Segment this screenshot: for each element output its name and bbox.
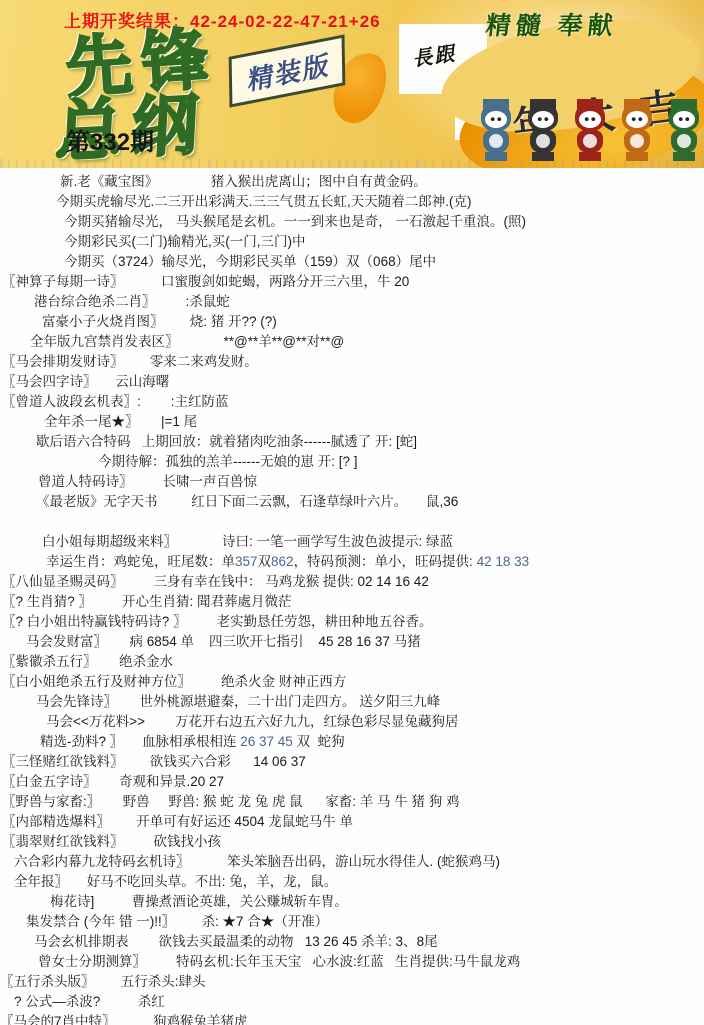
text-line: 〖? 生肖猜? 〗 开心生肖猜: 聞君葬處月微茫 — [0, 592, 704, 612]
line-segment: 〖神算子每期一诗〗 口蜜腹剑如蛇蝎，两路分开三六里，牛 20 — [2, 274, 409, 289]
fuwa-green-mascot-part — [673, 152, 695, 161]
line-segment: 今期彩民买(二门)输精光,买(一门,三门)中 — [64, 234, 305, 249]
line-segment: 马会玄机排期表 欲钱去买最温柔的动物 13 26 45 杀羊: 3、8尾 — [34, 934, 438, 949]
header-banner: 上期开奖结果：42-24-02-22-47-21+26 先锋 总纲 精装版 長跟… — [0, 0, 704, 168]
text-line: 歇后语六合特码 上期回放：就着猪肉吃油条------腻透了 开: [蛇] — [0, 432, 704, 452]
highlight-number: 42 18 33 — [477, 554, 530, 569]
fuwa-green-mascot — [666, 103, 702, 161]
text-line: 〖野兽与家畜:〗 野兽 野兽: 猴 蛇 龙 兔 虎 鼠 家畜: 羊 马 牛 猪 … — [0, 792, 704, 812]
text-line: 幸运生肖：鸡蛇兔，旺尾数：单357双862，特码预测：单小，旺码提供: 42 1… — [0, 552, 704, 572]
fuwa-panda-mascot-part — [532, 152, 554, 161]
fuwa-orange-mascot-part — [624, 130, 650, 153]
text-line: 今期买（3724）输尽光，今期彩民买单（159）双（068）尾中 — [0, 252, 704, 272]
line-segment: 〖曾道人波段玄机表〗: :主红防蓝 — [2, 394, 229, 409]
line-segment: 梅花诗] 曹操煮酒论英雄，关公赚城斩车胄。 — [50, 894, 348, 909]
text-line: 曾道人特码诗〗 长啸一声百兽惊 — [0, 472, 704, 492]
issue-number: 第332期 — [66, 122, 154, 157]
text-line: 马会玄机排期表 欲钱去买最温柔的动物 13 26 45 杀羊: 3、8尾 — [0, 932, 704, 952]
line-segment: 〖? 白小姐出特赢钱特码诗? 〗 老实勤恳任劳怨，耕田种地五谷香。 — [2, 614, 433, 629]
fuwa-orange-mascot-part — [626, 152, 648, 161]
text-line: 〖五行杀头版〗 五行杀头:肆头 — [0, 972, 704, 992]
mascot-row — [478, 103, 702, 161]
line-segment: 曾道人特码诗〗 长啸一声百兽惊 — [38, 474, 257, 489]
line-segment: 〖马会排期发财诗〗 零来二来鸡发财。 — [2, 354, 258, 369]
fuwa-green-mascot-part — [671, 130, 697, 153]
fuwa-panda-mascot — [525, 103, 561, 161]
fuwa-blue-mascot — [478, 103, 514, 161]
text-line: 今期待解：孤独的羔羊------无娘的崽 开: [? ] — [0, 452, 704, 472]
line-segment: 歇后语六合特码 上期回放：就着猪肉吃油条------腻透了 开: [蛇] — [36, 434, 417, 449]
line-segment: 〖马会四字诗〗 云山海曙 — [2, 374, 169, 389]
text-line: 港台综合绝杀二肖〗 :杀鼠蛇 — [0, 292, 704, 312]
line-segment: 〖白小姐绝杀五行及财神方位〗 绝杀火金 财神正西方 — [2, 674, 346, 689]
text-line: 曾女士分期测算〗 特码玄机:长年玉天宝 心水波:红蓝 生肖提供:马牛鼠龙鸡 — [0, 952, 704, 972]
text-line: 〖三怪赌红欲钱料〗 欲钱买六合彩 14 06 37 — [0, 752, 704, 772]
line-segment: 集发禁合 (今年 错 一)!!〗 杀: ★7 合★（开准） — [26, 914, 328, 929]
text-line: 全年报〗 好马不吃回头草。不出: 兔，羊，龙，鼠。 — [0, 872, 704, 892]
tagline-text: 長跟 — [410, 37, 458, 72]
line-segment: 六合彩内幕九龙特码玄机诗〗 笨头笨脑吾出码，游山玩水得佳人. (蛇猴鸡马) — [14, 854, 500, 869]
line-segment: 曾女士分期测算〗 特码玄机:长年玉天宝 心水波:红蓝 生肖提供:马牛鼠龙鸡 — [38, 954, 520, 969]
line-segment: 〖野兽与家畜:〗 野兽 野兽: 猴 蛇 龙 兔 虎 鼠 家畜: 羊 马 牛 猪 … — [2, 794, 460, 809]
text-line: 〖曾道人波段玄机表〗: :主红防蓝 — [0, 392, 704, 412]
text-line: ? 公式—杀波? 杀红 — [0, 992, 704, 1012]
text-line: 〖马会排期发财诗〗 零来二来鸡发财。 — [0, 352, 704, 372]
text-line: 白小姐每期超级来料〗 诗曰: 一笔一画学写生波色波提示: 绿蓝 — [0, 532, 704, 552]
line-segment: 〖八仙显圣赐灵码〗 三身有幸在钱中： 马鸡龙猴 提供: 02 14 16 42 — [2, 574, 429, 589]
highlight-number: 862 — [271, 554, 294, 569]
line-segment: 精选-劲料? 〗 血脉相承根相连 — [40, 734, 240, 749]
line-segment: 〖内部精选爆料〗 开单可有好运还 4504 龙鼠蛇马牛 单 — [2, 814, 353, 829]
line-segment: 幸运生肖：鸡蛇兔，旺尾数：单 — [46, 554, 235, 569]
line-segment: 白小姐每期超级来料〗 诗曰: 一笔一画学写生波色波提示: 绿蓝 — [42, 534, 453, 549]
text-line: 六合彩内幕九龙特码玄机诗〗 笨头笨脑吾出码，游山玩水得佳人. (蛇猴鸡马) — [0, 852, 704, 872]
text-line: 《最老版》无字天书 红日下面二云飘，石逢草绿叶六片。 鼠,36 — [0, 492, 704, 512]
text-line: 〖八仙显圣赐灵码〗 三身有幸在钱中： 马鸡龙猴 提供: 02 14 16 42 — [0, 572, 704, 592]
text-line: 全年版九宫禁肖发表区〗 **@**羊**@**对**@ — [0, 332, 704, 352]
text-line: 梅花诗] 曹操煮酒论英雄，关公赚城斩车胄。 — [0, 892, 704, 912]
line-segment: 港台综合绝杀二肖〗 :杀鼠蛇 — [34, 294, 230, 309]
text-line: 今期买猪输尽光， 马头猴尾是玄机。一一到来也是奇， 一石激起千重浪。(照) — [0, 212, 704, 232]
slogan-text: 精髓 奉献 — [484, 6, 620, 42]
line-segment: 《最老版》无字天书 红日下面二云飘，石逢草绿叶六片。 鼠,36 — [36, 494, 458, 509]
line-segment: 〖白金五字诗〗 奇观和异景.20 27 — [2, 774, 224, 789]
fuwa-red-mascot-part — [577, 130, 603, 153]
text-line: 〖白金五字诗〗 奇观和异景.20 27 — [0, 772, 704, 792]
fuwa-blue-mascot-part — [483, 130, 509, 153]
text-line: 〖内部精选爆料〗 开单可有好运还 4504 龙鼠蛇马牛 单 — [0, 812, 704, 832]
line-segment: 今期待解：孤独的羔羊------无娘的崽 开: [? ] — [98, 454, 358, 469]
text-line: 〖马会四字诗〗 云山海曙 — [0, 372, 704, 392]
fuwa-red-mascot-part — [579, 152, 601, 161]
text-line: 〖? 白小姐出特赢钱特码诗? 〗 老实勤恳任劳怨，耕田种地五谷香。 — [0, 612, 704, 632]
line-segment: 全年报〗 好马不吃回头草。不出: 兔，羊，龙，鼠。 — [14, 874, 337, 889]
fuwa-blue-mascot-part — [485, 111, 507, 128]
line-segment: 今期买猪输尽光， 马头猴尾是玄机。一一到来也是奇， 一石激起千重浪。(照) — [64, 214, 526, 229]
fuwa-red-mascot-part — [579, 111, 601, 128]
text-line: 马会发财富〗 病 6854 单 四三吹开七指引 45 28 16 37 马猪 — [0, 632, 704, 652]
line-segment: 〖紫徽杀五行〗 绝杀金水 — [2, 654, 173, 669]
text-line — [0, 512, 704, 532]
text-line: 马会<<万花料>> 万花开右边五六好九九，红绿色彩尽显兔藏狗居 — [0, 712, 704, 732]
fuwa-orange-mascot-part — [626, 111, 648, 128]
text-line: 集发禁合 (今年 错 一)!!〗 杀: ★7 合★（开准） — [0, 912, 704, 932]
highlight-number: 26 37 45 — [240, 734, 293, 749]
line-segment: ，特码预测：单小，旺码提供: — [294, 554, 477, 569]
text-line: 〖马会的7肖中特〗 狗鸡猴兔羊猪虎 — [0, 1012, 704, 1025]
fuwa-blue-mascot-part — [485, 152, 507, 161]
line-segment: 马会<<万花料>> 万花开右边五六好九九，红绿色彩尽显兔藏狗居 — [46, 714, 459, 729]
line-segment: 富豪小子火烧肖图〗 烧: 猪 开?? (?) — [42, 314, 277, 329]
line-segment: 马会发财富〗 病 6854 单 四三吹开七指引 45 28 16 37 马猪 — [26, 634, 421, 649]
text-line: 精选-劲料? 〗 血脉相承根相连 26 37 45 双 蛇狗 — [0, 732, 704, 752]
line-segment: 今期买虎输尽光.二三开出彩满天.三三气贯五长虹,天天随着二郎神.(克) — [56, 194, 472, 209]
text-line: 〖紫徽杀五行〗 绝杀金水 — [0, 652, 704, 672]
text-line: 今期彩民买(二门)输精光,买(一门,三门)中 — [0, 232, 704, 252]
text-line: 富豪小子火烧肖图〗 烧: 猪 开?? (?) — [0, 312, 704, 332]
body-lines: 新.老《藏宝图》 猪入猴出虎离山；图中自有黄金码。今期买虎输尽光.二三开出彩满天… — [0, 172, 704, 1025]
line-segment: 〖马会的7肖中特〗 狗鸡猴兔羊猪虎 — [0, 1014, 248, 1025]
text-line: 〖神算子每期一诗〗 口蜜腹剑如蛇蝎，两路分开三六里，牛 20 — [0, 272, 704, 292]
line-segment: 新.老《藏宝图》 猪入猴出虎离山；图中自有黄金码。 — [60, 174, 427, 189]
fuwa-orange-mascot — [619, 103, 655, 161]
fuwa-red-mascot — [572, 103, 608, 161]
highlight-number: 357 — [235, 554, 258, 569]
line-segment: 全年杀一尾★〗 |=1 尾 — [44, 414, 197, 429]
text-line: 〖翡翠财红欲钱料〗 砍钱找小孩 — [0, 832, 704, 852]
line-segment: ? 公式—杀波? 杀红 — [14, 994, 165, 1009]
line-segment: 马会先锋诗〗 世外桃源堪避秦，二十出门走四方。 送夕阳三九峰 — [36, 694, 440, 709]
line-segment: 今期买（3724）输尽光，今期彩民买单（159）双（068）尾中 — [64, 254, 436, 269]
line-segment: 全年版九宫禁肖发表区〗 **@**羊**@**对**@ — [30, 334, 344, 349]
tip-sheet-page: 上期开奖结果：42-24-02-22-47-21+26 先锋 总纲 精装版 長跟… — [0, 0, 704, 1025]
text-line: 新.老《藏宝图》 猪入猴出虎离山；图中自有黄金码。 — [0, 172, 704, 192]
line-segment: 〖五行杀头版〗 五行杀头:肆头 — [0, 974, 206, 989]
fuwa-green-mascot-part — [673, 111, 695, 128]
text-line: 今期买虎输尽光.二三开出彩满天.三三气贯五长虹,天天随着二郎神.(克) — [0, 192, 704, 212]
line-segment: 双 — [258, 554, 272, 569]
line-segment: 〖三怪赌红欲钱料〗 欲钱买六合彩 14 06 37 — [2, 754, 306, 769]
line-segment: 〖翡翠财红欲钱料〗 砍钱找小孩 — [2, 834, 221, 849]
fuwa-panda-mascot-part — [530, 130, 556, 153]
line-segment: 〖? 生肖猜? 〗 开心生肖猜: 聞君葬處月微茫 — [2, 594, 292, 609]
edition-badge-label: 精装版 — [242, 45, 332, 97]
text-line: 马会先锋诗〗 世外桃源堪避秦，二十出门走四方。 送夕阳三九峰 — [0, 692, 704, 712]
text-line: 〖白小姐绝杀五行及财神方位〗 绝杀火金 财神正西方 — [0, 672, 704, 692]
fuwa-panda-mascot-part — [532, 111, 554, 128]
line-segment: 双 蛇狗 — [293, 734, 345, 749]
text-line: 全年杀一尾★〗 |=1 尾 — [0, 412, 704, 432]
